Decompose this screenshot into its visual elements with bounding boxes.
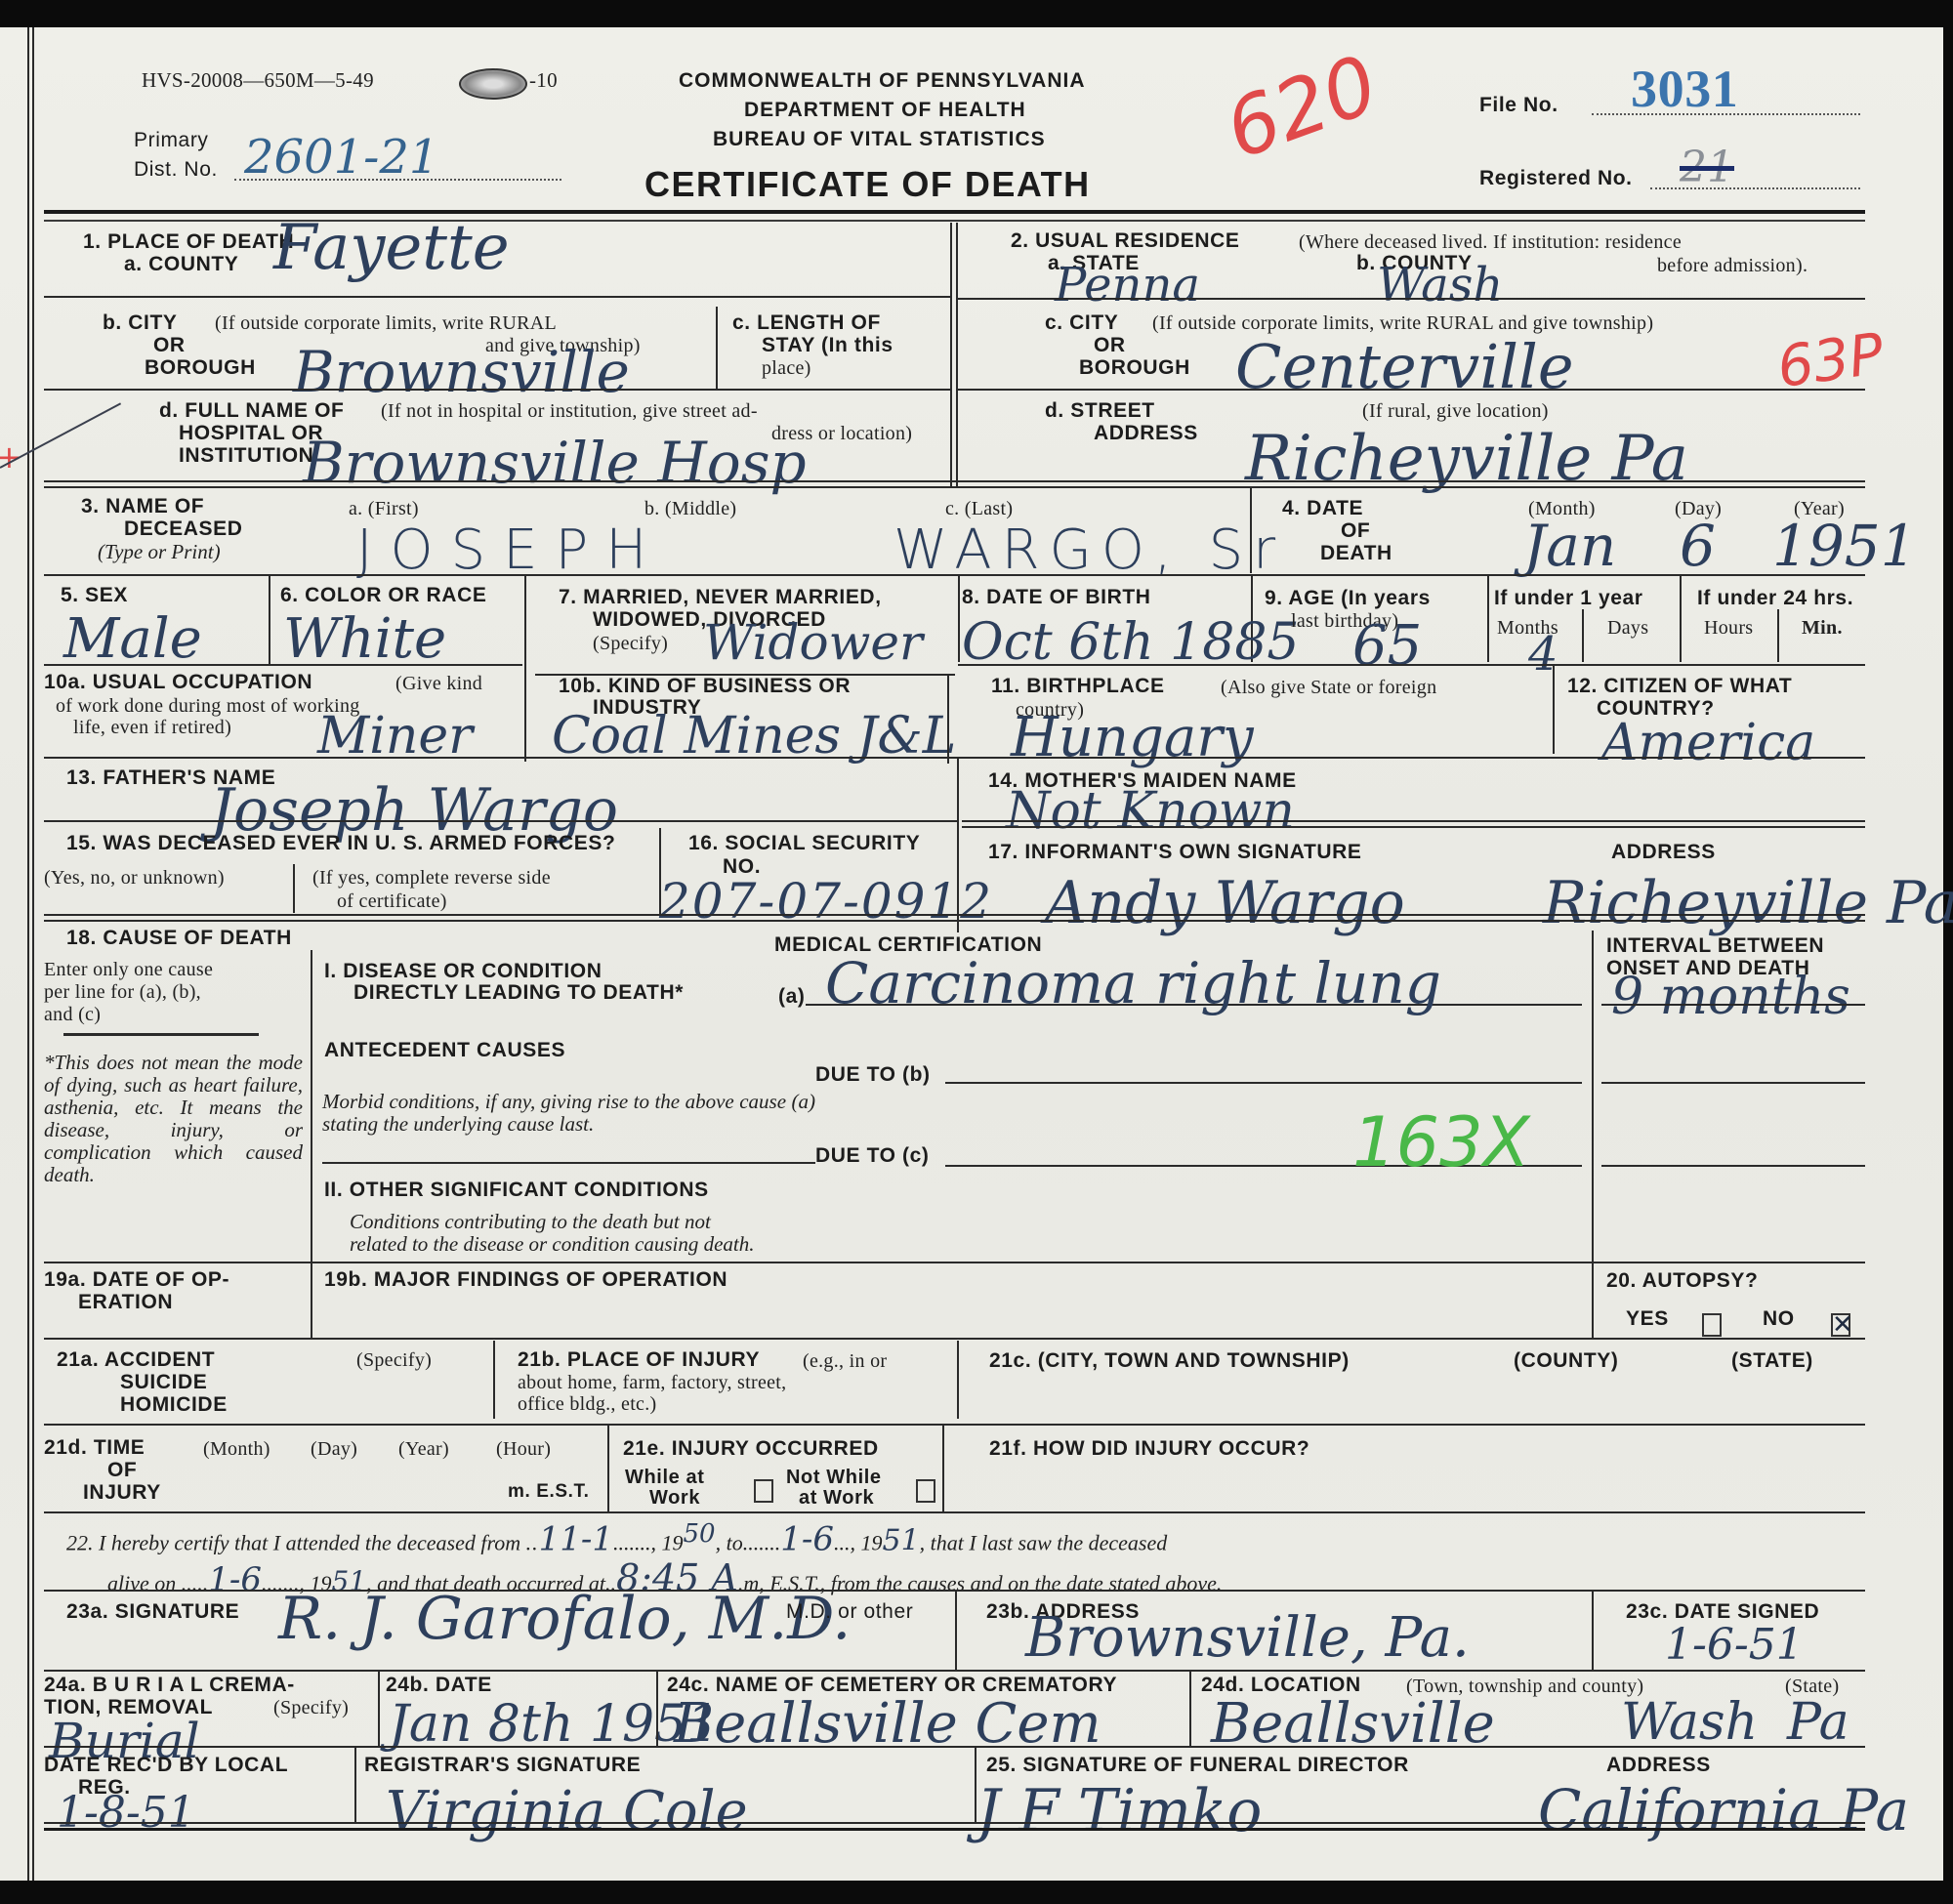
- not-at-work-checkbox[interactable]: [916, 1479, 935, 1503]
- rule: [1680, 576, 1682, 662]
- days-label: Days: [1607, 617, 1648, 639]
- street-hint: (If rural, give location): [1362, 400, 1549, 422]
- a-label: (a): [778, 986, 805, 1009]
- city-label: b. CITY: [103, 312, 178, 335]
- armed-forces-label: 15. WAS DECEASED EVER IN U. S. ARMED FOR…: [66, 833, 615, 855]
- registered-no-value[interactable]: 21: [1680, 146, 1734, 189]
- date-received-label-1: DATE REC'D BY LOCAL: [44, 1755, 288, 1777]
- hospital-label-3: INSTITUTION: [179, 445, 313, 468]
- form-code-suffix: -10: [529, 69, 558, 92]
- operation-date-label-2: ERATION: [78, 1292, 173, 1314]
- rule: [1250, 488, 1252, 573]
- occupation-hint-2: of work done during most of working: [56, 695, 360, 717]
- rule: [44, 480, 1865, 482]
- col-divider-1: [950, 223, 952, 486]
- length-of-stay-label-3: place): [762, 357, 811, 379]
- birthplace-hint-1: (Also give State or foreign: [1221, 677, 1436, 698]
- at-work-label-1: While at: [625, 1468, 704, 1489]
- street-label-2: ADDRESS: [1094, 423, 1198, 445]
- antecedent-label: ANTECEDENT CAUSES: [324, 1040, 565, 1062]
- rule: [947, 674, 949, 764]
- rule: [1582, 609, 1584, 662]
- instruction-2: per line for (a), (b),: [44, 981, 201, 1003]
- attended-from-year[interactable]: 50: [684, 1519, 716, 1549]
- instruction-1: Enter only one cause: [44, 959, 213, 980]
- rule: [493, 1341, 495, 1419]
- rule: [942, 1426, 944, 1513]
- place-of-injury-hint-3: office bldg., etc.): [518, 1393, 657, 1415]
- dob-label: 8. DATE OF BIRTH: [962, 587, 1151, 609]
- occupation-hint-1: (Give kind: [395, 673, 482, 694]
- informant-address-value[interactable]: Richeyville Pa: [1543, 874, 1953, 932]
- injury-state-label: (STATE): [1731, 1350, 1813, 1373]
- rule: [1592, 931, 1594, 1262]
- rule: [962, 826, 1865, 828]
- armed-forces-hint-2: (If yes, complete reverse side: [312, 867, 551, 889]
- rule: [957, 298, 1865, 300]
- injury-time-est: m. E.S.T.: [508, 1482, 590, 1503]
- ssn-value[interactable]: 207-07-0912: [659, 877, 993, 926]
- col-divider-1b: [956, 223, 958, 486]
- primary-dist-label-2: Dist. No.: [134, 159, 218, 182]
- file-no-label: File No.: [1479, 95, 1558, 117]
- min-label: Min.: [1802, 617, 1843, 639]
- certify-text-1: 22. I hereby certify that I attended the…: [66, 1530, 520, 1554]
- green-annotation-163x: 163X: [1352, 1108, 1530, 1177]
- rule: [957, 389, 1865, 391]
- not-at-work-label-1: Not While: [786, 1468, 882, 1489]
- last-name-value[interactable]: WARGO, Sr: [893, 523, 1285, 578]
- union-bug-seal-icon: [459, 68, 527, 100]
- rule: [656, 1672, 658, 1748]
- injury-time-label-2: OF: [107, 1460, 137, 1482]
- place-of-injury-hint-2: about home, farm, factory, street,: [518, 1372, 786, 1393]
- rule: [524, 576, 526, 762]
- burial-location-value[interactable]: Beallsville: [1211, 1697, 1495, 1752]
- place-of-injury-label: 21b. PLACE OF INJURY: [518, 1349, 760, 1372]
- rule: [1592, 1592, 1594, 1670]
- file-no-value[interactable]: 3031: [1631, 61, 1738, 117]
- injury-time-month: (Month): [203, 1438, 270, 1460]
- date-of-death-label-3: DEATH: [1320, 543, 1392, 565]
- autopsy-no-checkbox[interactable]: [1831, 1313, 1850, 1337]
- physician-address-value[interactable]: Brownsville, Pa.: [1025, 1611, 1470, 1666]
- year-prefix: , 19: [850, 1530, 882, 1554]
- rule: [958, 664, 1865, 666]
- rule: [44, 296, 950, 298]
- death-city-value[interactable]: Brownsville: [293, 344, 630, 400]
- occupation-value[interactable]: Miner: [317, 711, 473, 762]
- issuer-line-3: BUREAU OF VITAL STATISTICS: [713, 129, 1046, 151]
- injury-occurred-label: 21e. INJURY OCCURRED: [623, 1438, 879, 1461]
- due-to-c-label: DUE TO (c): [815, 1145, 929, 1168]
- burial-date-label: 24b. DATE: [386, 1675, 492, 1697]
- cause-a-value[interactable]: Carcinoma right lung: [825, 955, 1441, 1012]
- funeral-address-label: ADDRESS: [1606, 1755, 1711, 1777]
- city-label-borough: BOROUGH: [145, 357, 256, 380]
- signature-label: 23a. SIGNATURE: [66, 1601, 239, 1624]
- rule: [44, 920, 1865, 922]
- race-label: 6. COLOR OR RACE: [280, 585, 486, 607]
- name-label-3: (Type or Print): [98, 541, 221, 564]
- rule: [955, 1592, 957, 1670]
- other-conditions-hint-2: related to the disease or condition caus…: [350, 1233, 755, 1257]
- not-at-work-label-2: at Work: [799, 1488, 874, 1510]
- attended-to-year[interactable]: 51: [882, 1523, 919, 1557]
- injury-time-label-1: 21d. TIME: [44, 1437, 145, 1460]
- name-label-2: DECEASED: [124, 518, 243, 541]
- injury-type-label-2: SUICIDE: [120, 1372, 207, 1394]
- ssn-label-1: 16. SOCIAL SECURITY: [688, 833, 920, 855]
- father-value[interactable]: Joseph Wargo: [210, 781, 618, 840]
- street-label-1: d. STREET: [1045, 400, 1155, 423]
- attended-from-value[interactable]: 11-1: [539, 1519, 613, 1558]
- left-margin-rule: [27, 27, 29, 1881]
- cause-footnote: *This does not mean the mode of dying, s…: [44, 1052, 303, 1186]
- hours-label: Hours: [1704, 617, 1753, 639]
- marital-value[interactable]: Widower: [703, 618, 923, 667]
- last-name-label: c. (Last): [945, 498, 1013, 519]
- death-county-value[interactable]: Fayette: [273, 217, 510, 279]
- injury-location-label: 21c. (CITY, TOWN AND TOWNSHIP): [989, 1350, 1350, 1373]
- rule: [958, 576, 960, 662]
- armed-forces-hint-1: (Yes, no, or unknown): [44, 867, 225, 889]
- rule: [322, 1162, 815, 1164]
- funeral-director-label: 25. SIGNATURE OF FUNERAL DIRECTOR: [986, 1755, 1409, 1777]
- primary-dist-value[interactable]: 2601-21: [244, 134, 438, 181]
- length-of-stay-label-2: STAY (In this: [762, 335, 893, 357]
- date-signed-value[interactable]: 1-6-51: [1665, 1624, 1804, 1667]
- rule: [63, 1033, 259, 1036]
- rule: [44, 574, 1865, 576]
- interval-label-1: INTERVAL BETWEEN: [1606, 935, 1824, 958]
- occupation-hint-3: life, even if retired): [73, 717, 231, 738]
- business-value[interactable]: Coal Mines J&L: [552, 711, 956, 762]
- rule: [1777, 609, 1779, 662]
- rule: [44, 1424, 1865, 1426]
- alive-on-text: alive on: [107, 1571, 176, 1595]
- autopsy-yes-checkbox[interactable]: [1702, 1313, 1722, 1337]
- left-margin-rule-2: [32, 27, 34, 1881]
- county-label: a. COUNTY: [124, 254, 238, 276]
- marital-label-1: 7. MARRIED, NEVER MARRIED,: [559, 587, 882, 609]
- marital-label-3: (Specify): [593, 633, 668, 654]
- rule: [44, 1822, 1865, 1824]
- occupation-label: 10a. USUAL OCCUPATION: [44, 672, 312, 694]
- citizen-label-1: 12. CITIZEN OF WHAT: [1567, 676, 1792, 698]
- registrar-label: REGISTRAR'S SIGNATURE: [364, 1755, 641, 1777]
- age-label-1: 9. AGE (In years: [1265, 588, 1431, 610]
- rule: [311, 950, 312, 1264]
- disposition-specify: (Specify): [273, 1697, 349, 1718]
- usual-residence-label: 2. USUAL RESIDENCE: [1011, 230, 1239, 253]
- city-hint-1: (If outside corporate limits, write RURA…: [215, 312, 557, 334]
- rule: [311, 1262, 312, 1339]
- date-of-death-label-1: 4. DATE: [1282, 498, 1363, 520]
- citizen-value[interactable]: America: [1601, 718, 1815, 768]
- instruction-3: and (c): [44, 1004, 101, 1025]
- residence-city-or: OR: [1094, 335, 1126, 357]
- rule: [1592, 1262, 1594, 1339]
- rule: [293, 864, 295, 913]
- informant-value[interactable]: Andy Wargo: [1045, 874, 1405, 932]
- injury-county-label: (COUNTY): [1514, 1350, 1618, 1373]
- how-injury-label: 21f. HOW DID INJURY OCCUR?: [989, 1438, 1309, 1461]
- rule: [44, 1746, 1865, 1748]
- rule: [44, 914, 1865, 916]
- rule: [354, 1748, 356, 1824]
- under-1-year-label: If under 1 year: [1494, 588, 1643, 610]
- injury-type-label-3: HOMICIDE: [120, 1394, 228, 1417]
- disease-label-2: DIRECTLY LEADING TO DEATH*: [353, 982, 684, 1005]
- operation-date-label-1: 19a. DATE OF OP-: [44, 1269, 229, 1292]
- informant-label: 17. INFORMANT'S OWN SIGNATURE: [988, 842, 1362, 864]
- middle-name-label: b. (Middle): [644, 498, 736, 519]
- rule: [957, 1341, 959, 1419]
- rule: [44, 389, 950, 391]
- at-work-label-2: Work: [649, 1488, 700, 1510]
- disposition-label-1: 24a. B U R I A L CREMA-: [44, 1675, 295, 1697]
- rule: [44, 664, 522, 666]
- injury-type-specify: (Specify): [356, 1349, 432, 1371]
- residence-state-value[interactable]: Penna: [1055, 262, 1200, 309]
- registrar-signature[interactable]: Virginia Cole: [386, 1785, 748, 1840]
- alive-on-value[interactable]: 1-6: [208, 1560, 262, 1599]
- death-year-value[interactable]: 1951: [1772, 517, 1917, 574]
- rule: [607, 1426, 609, 1513]
- injury-time-year: (Year): [398, 1438, 449, 1460]
- first-name-value[interactable]: JOSEPH: [356, 523, 664, 578]
- rule: [1601, 1082, 1865, 1084]
- funeral-director-signature[interactable]: J F Timko: [976, 1782, 1262, 1841]
- autopsy-label: 20. AUTOPSY?: [1606, 1270, 1758, 1293]
- burial-location-state[interactable]: Pa: [1787, 1697, 1849, 1748]
- hospital-hint-1: (If not in hospital or institution, give…: [381, 400, 758, 422]
- rule: [716, 307, 718, 390]
- armed-forces-hint-3: of certificate): [337, 890, 447, 912]
- form-code: HVS-20008—650M—5-49: [142, 69, 374, 92]
- race-value[interactable]: White: [283, 612, 446, 667]
- autopsy-yes-label: YES: [1626, 1308, 1669, 1331]
- operation-findings-label: 19b. MAJOR FINDINGS OF OPERATION: [324, 1269, 727, 1292]
- burial-location-county[interactable]: Wash: [1621, 1697, 1758, 1748]
- injury-time-day: (Day): [311, 1438, 357, 1460]
- at-work-checkbox[interactable]: [754, 1479, 773, 1503]
- year-prefix: , 19: [651, 1530, 684, 1554]
- rule: [44, 1338, 1865, 1340]
- rule: [44, 1511, 1865, 1513]
- birthplace-label: 11. BIRTHPLACE: [991, 676, 1165, 698]
- other-conditions-label: II. OTHER SIGNIFICANT CONDITIONS: [324, 1180, 709, 1202]
- disease-label-1: I. DISEASE OR CONDITION: [324, 961, 603, 983]
- due-to-b-label: DUE TO (b): [815, 1064, 931, 1087]
- under-24-label: If under 24 hrs.: [1697, 588, 1853, 610]
- death-day-value[interactable]: 6: [1680, 517, 1716, 574]
- injury-time-label-3: INJURY: [83, 1482, 161, 1505]
- physician-signature[interactable]: R. J. Garofalo, M.D.: [278, 1590, 851, 1648]
- issuer-line-1: COMMONWEALTH OF PENNSYLVANIA: [679, 70, 1085, 93]
- rule: [1553, 664, 1555, 754]
- rule: [378, 1672, 380, 1748]
- place-of-injury-hint-1: (e.g., in or: [803, 1350, 887, 1372]
- residence-city-label: c. CITY: [1045, 312, 1118, 335]
- place-of-death-label: 1. PLACE OF DEATH: [83, 231, 294, 254]
- page-title: CERTIFICATE OF DEATH: [644, 166, 1091, 204]
- interval-a-value[interactable]: 9 months: [1611, 972, 1850, 1022]
- usual-residence-hint-1: (Where deceased lived. If institution: r…: [1299, 231, 1682, 253]
- certify-text-end: , that I last saw the deceased: [920, 1530, 1168, 1554]
- dob-value[interactable]: Oct 6th 1885: [962, 617, 1300, 668]
- rule: [1601, 1165, 1865, 1167]
- informant-address-label: ADDRESS: [1611, 842, 1716, 864]
- red-annotation-63p: 63P: [1773, 325, 1887, 396]
- rule: [44, 757, 1865, 759]
- rule: [962, 820, 1865, 822]
- business-label-1: 10b. KIND OF BUSINESS OR: [559, 676, 851, 698]
- usual-residence-hint-2: before admission).: [1657, 255, 1808, 276]
- bottom-rule: [44, 1828, 1865, 1831]
- sex-label: 5. SEX: [61, 585, 128, 607]
- primary-dist-label-1: Primary: [134, 130, 209, 152]
- length-of-stay-label-1: c. LENGTH OF: [732, 312, 881, 335]
- attended-to-value[interactable]: 1-6: [780, 1519, 834, 1558]
- name-label-1: 3. NAME OF: [81, 496, 204, 518]
- rule: [1487, 576, 1489, 662]
- rule: [44, 820, 957, 822]
- rule: [44, 1670, 1865, 1672]
- city-label-or: OR: [153, 335, 186, 357]
- cause-of-death-label: 18. CAUSE OF DEATH: [66, 928, 292, 950]
- rule: [1189, 1672, 1191, 1748]
- registered-no-label: Registered No.: [1479, 168, 1633, 190]
- morbid-hint: Morbid conditions, if any, giving rise t…: [322, 1091, 815, 1136]
- burial-date-value[interactable]: Jan 8th 1951: [389, 1699, 719, 1750]
- md-or-other-label: M.D. or other: [786, 1601, 913, 1624]
- sex-value[interactable]: Male: [63, 612, 202, 667]
- other-conditions-hint-1: Conditions contributing to the death but…: [350, 1211, 711, 1234]
- first-name-label: a. (First): [349, 498, 419, 519]
- mother-value[interactable]: Not Known: [1006, 786, 1295, 837]
- death-month-value[interactable]: Jan: [1523, 517, 1616, 574]
- residence-city-borough: BOROUGH: [1079, 357, 1190, 380]
- residence-county-value[interactable]: Wash: [1377, 262, 1503, 309]
- hospital-label-2: HOSPITAL OR: [179, 423, 323, 445]
- hospital-value[interactable]: Brownsville Hosp: [303, 435, 807, 491]
- injury-type-label-1: 21a. ACCIDENT: [57, 1349, 215, 1372]
- injury-time-hour: (Hour): [496, 1438, 551, 1460]
- cemetery-value[interactable]: Beallsville Cem: [674, 1697, 1101, 1752]
- autopsy-no-label: NO: [1763, 1308, 1795, 1331]
- rule: [44, 486, 1865, 488]
- date-of-death-label-2: OF: [1341, 520, 1370, 543]
- issuer-line-2: DEPARTMENT OF HEALTH: [744, 100, 1026, 122]
- rule: [945, 1082, 1582, 1084]
- certify-line-1: 22. I hereby certify that I attended the…: [66, 1521, 1167, 1555]
- hospital-label-1: d. FULL NAME OF: [159, 400, 344, 423]
- rule: [1601, 1004, 1865, 1006]
- to-text: , to: [716, 1530, 743, 1554]
- rule: [269, 576, 270, 664]
